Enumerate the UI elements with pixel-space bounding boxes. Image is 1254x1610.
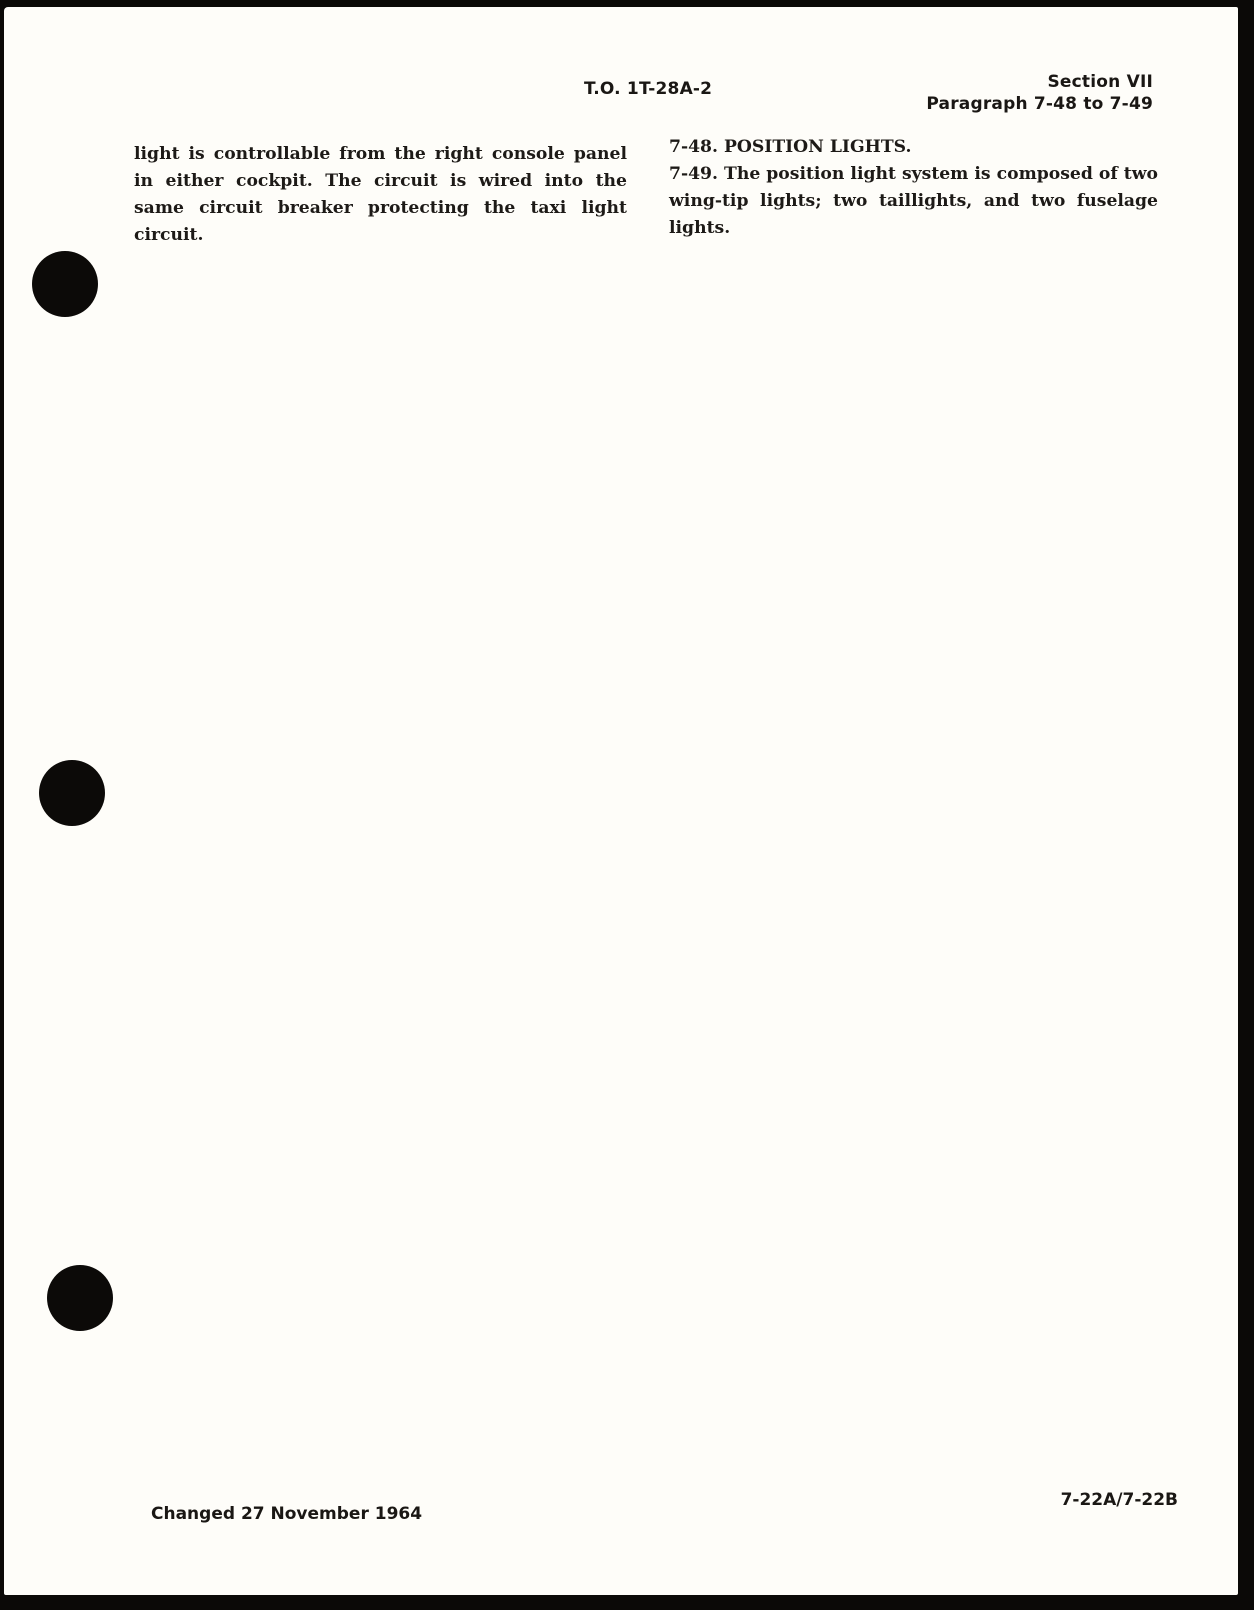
paragraph-text: light is controllable from the right con… [134,141,627,249]
section-heading-position-lights: 7-48. POSITION LIGHTS. [669,134,1158,161]
binder-hole-top [32,251,98,317]
binder-hole-middle [39,760,105,826]
section-label: Section VII [926,71,1153,93]
section-reference: Section VII Paragraph 7-48 to 7-49 [926,71,1153,115]
page-number: 7-22A/7-22B [1061,1490,1178,1510]
paragraph-text: 7-49. The position light system is compo… [669,161,1158,242]
left-column: light is controllable from the right con… [134,141,627,249]
change-date: Changed 27 November 1964 [151,1504,422,1524]
document-page: T.O. 1T-28A-2 Section VII Paragraph 7-48… [4,7,1238,1595]
binder-hole-bottom [47,1265,113,1331]
paragraph-range: Paragraph 7-48 to 7-49 [926,93,1153,115]
right-column: 7-48. POSITION LIGHTS. 7-49. The positio… [669,134,1158,242]
document-number: T.O. 1T-28A-2 [584,79,712,99]
